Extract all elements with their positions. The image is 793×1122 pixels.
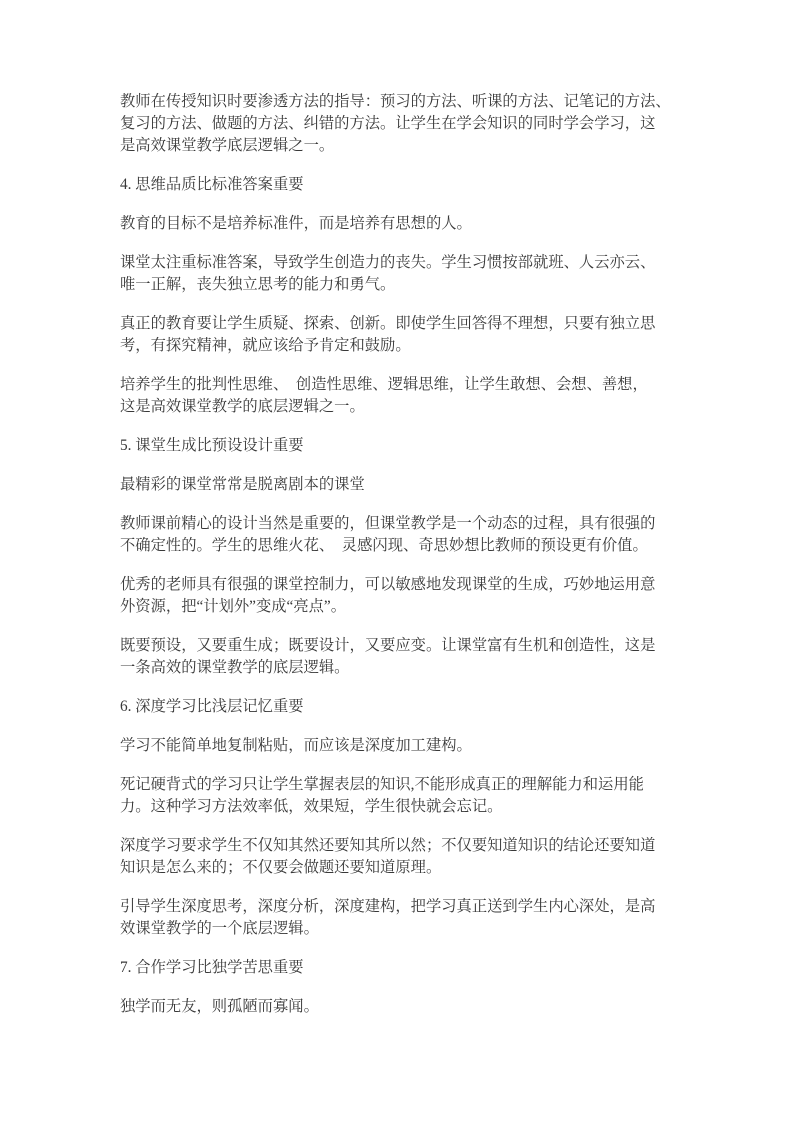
paragraph-rote-learning: 死记硬背式的学习只让学生掌握表层的知识,不能形成真正的理解能力和运用能 力。这种… (120, 774, 677, 818)
paragraph-deep-construction: 学习不能简单地复制粘贴，而应该是深度加工建构。 (120, 735, 677, 757)
paragraph-deep-learning-requirements: 深度学习要求学生不仅知其然还要知其所以然；不仅要知道知识的结论还要知道 知识是怎… (120, 835, 677, 879)
paragraph-learning-alone: 独学而无友，则孤陋而寡闻。 (120, 996, 677, 1018)
paragraph-dynamic-process: 教师课前精心的设计当然是重要的，但课堂教学是一个动态的过程，具有很强的 不确定性… (120, 513, 677, 557)
section-heading-4: 4. 思维品质比标准答案重要 (120, 174, 677, 196)
paragraph-standard-answers: 课堂太注重标准答案，导致学生创造力的丧失。学生习惯按部就班、人云亦云、 唯一正解… (120, 252, 677, 296)
paragraph-best-classroom: 最精彩的课堂常常是脱离剧本的课堂 (120, 474, 677, 496)
paragraph-classroom-control: 优秀的老师具有很强的课堂控制力，可以敏感地发现课堂的生成，巧妙地运用意 外资源，… (120, 574, 677, 618)
paragraph-education-goal: 教育的目标不是培养标准件，而是培养有思想的人。 (120, 213, 677, 235)
paragraph-guide-deep-thinking: 引导学生深度思考，深度分析，深度建构，把学习真正送到学生内心深处，是高 效课堂教… (120, 896, 677, 940)
section-heading-6: 6. 深度学习比浅层记忆重要 (120, 696, 677, 718)
paragraph-teaching-methods: 教师在传授知识时要渗透方法的指导：预习的方法、听课的方法、记笔记的方法、 复习的… (120, 91, 677, 157)
section-heading-7: 7. 合作学习比独学苦思重要 (120, 957, 677, 979)
section-heading-5: 5. 课堂生成比预设设计重要 (120, 435, 677, 457)
document-page: 教师在传授知识时要渗透方法的指导：预习的方法、听课的方法、记笔记的方法、 复习的… (0, 0, 793, 1122)
paragraph-real-education: 真正的教育要让学生质疑、探索、创新。即使学生回答得不理想，只要有独立思 考，有探… (120, 313, 677, 357)
paragraph-cultivate-thinking: 培养学生的批判性思维、 创造性思维、逻辑思维，让学生敢想、会想、善想， 这是高效… (120, 374, 677, 418)
paragraph-preset-and-adapt: 既要预设，又要重生成；既要设计，又要应变。让课堂富有生机和创造性，这是 一条高效… (120, 635, 677, 679)
